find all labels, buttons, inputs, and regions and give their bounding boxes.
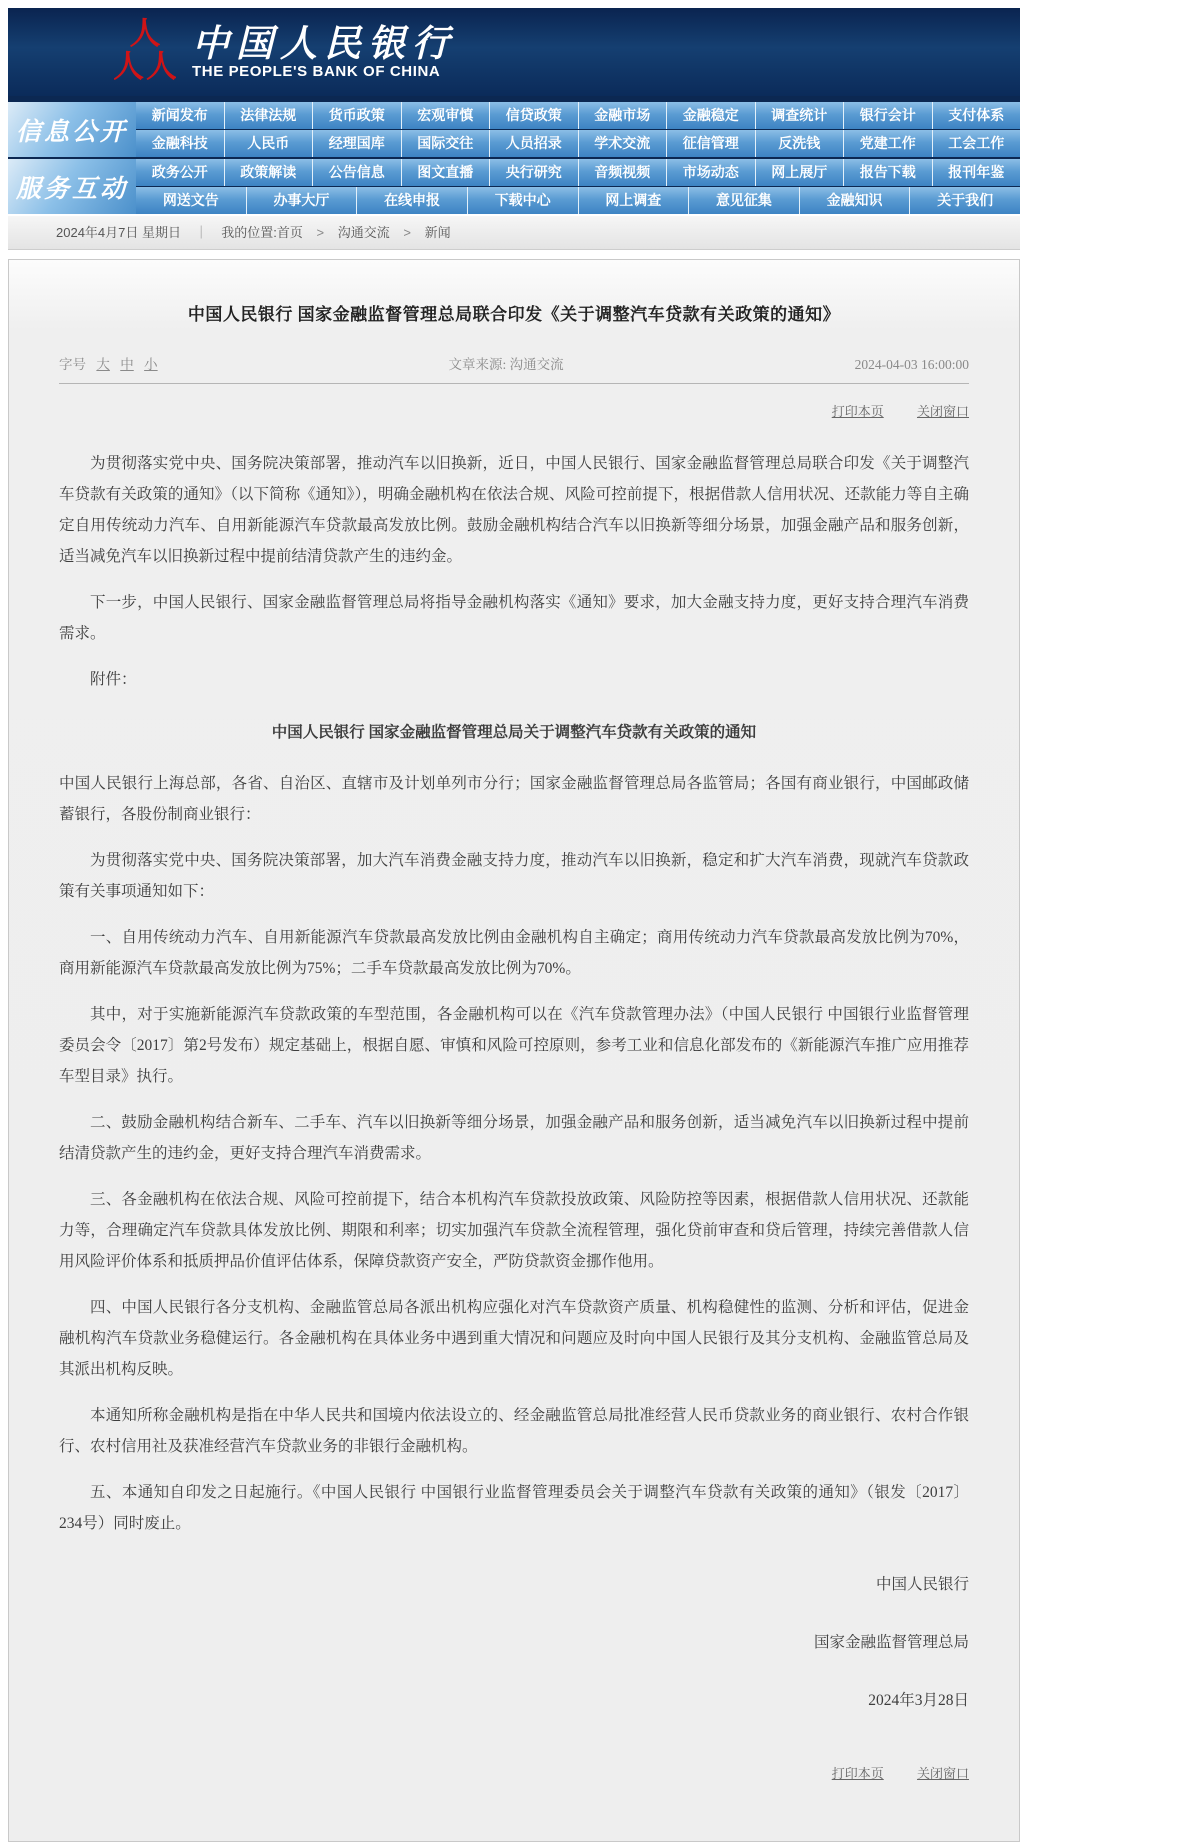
- nav-item[interactable]: 金融知识: [800, 187, 911, 214]
- article-source: 文章来源: 沟通交流: [449, 353, 564, 373]
- nav-item[interactable]: 关于我们: [910, 187, 1020, 214]
- nav-item[interactable]: 央行研究: [490, 159, 579, 186]
- nav-item[interactable]: 网上展厅: [756, 159, 845, 186]
- article-card: 中国人民银行 国家金融监督管理总局联合印发《关于调整汽车贷款有关政策的通知》 字…: [8, 259, 1020, 1842]
- nav-item[interactable]: 支付体系: [933, 102, 1021, 129]
- breadcrumb: 2024年4月7日 星期日 ｜ 我的位置:首页 > 沟通交流 > 新闻: [8, 216, 1020, 250]
- nav-item[interactable]: 音频视频: [579, 159, 668, 186]
- nav-section-label-services: 服务互动: [8, 159, 136, 214]
- nav-item[interactable]: 银行会计: [844, 102, 933, 129]
- nav-item[interactable]: 工会工作: [933, 130, 1021, 157]
- article-actions-bottom: 打印本页 关闭窗口: [59, 1758, 969, 1789]
- font-size-medium-button[interactable]: 中: [120, 357, 134, 372]
- nav-section-services: 服务互动 政务公开 政策解读 公告信息 图文直播 央行研究 音频视频 市场动态 …: [8, 159, 1020, 214]
- signature-org-nfra: 国家金融监督管理总局: [59, 1627, 969, 1658]
- breadcrumb-home-link[interactable]: 我的位置:首页: [221, 225, 303, 240]
- nav-item[interactable]: 货币政策: [313, 102, 402, 129]
- nav-item[interactable]: 学术交流: [579, 130, 668, 157]
- notice-paragraph: 一、自用传统动力汽车、自用新能源汽车贷款最高发放比例由金融机构自主确定；商用传统…: [59, 922, 969, 984]
- signature-block: 中国人民银行 国家金融监督管理总局 2024年3月28日: [59, 1569, 969, 1716]
- nav-item[interactable]: 公告信息: [313, 159, 402, 186]
- nav-item[interactable]: 办事大厅: [247, 187, 358, 214]
- font-size-control: 字号 大 中 小: [59, 353, 158, 373]
- nav-item[interactable]: 征信管理: [667, 130, 756, 157]
- notice-paragraph: 四、中国人民银行各分支机构、金融监管总局各派出机构应强化对汽车贷款资产质量、机构…: [59, 1292, 969, 1385]
- article-actions-top: 打印本页 关闭窗口: [59, 401, 969, 420]
- nav-item[interactable]: 宏观审慎: [402, 102, 491, 129]
- nav-item[interactable]: 报刊年鉴: [933, 159, 1021, 186]
- nav-item[interactable]: 国际交往: [402, 130, 491, 157]
- nav-item[interactable]: 反洗钱: [756, 130, 845, 157]
- nav-item[interactable]: 政策解读: [225, 159, 314, 186]
- breadcrumb-link-communication[interactable]: 沟通交流: [338, 225, 390, 240]
- nav-section-label-info: 信息公开: [8, 102, 136, 157]
- nav-item[interactable]: 网送文告: [136, 187, 247, 214]
- nav-section-info-disclosure: 信息公开 新闻发布 法律法规 货币政策 宏观审慎 信贷政策 金融市场 金融稳定 …: [8, 102, 1020, 157]
- nav-item[interactable]: 经理国库: [313, 130, 402, 157]
- article-paragraph: 下一步，中国人民银行、国家金融监督管理总局将指导金融机构落实《通知》要求，加大金…: [59, 587, 969, 649]
- nav-item[interactable]: 调查统计: [756, 102, 845, 129]
- breadcrumb-divider: ｜: [195, 225, 208, 240]
- page-title: 中国人民银行 国家金融监督管理总局联合印发《关于调整汽车贷款有关政策的通知》: [59, 300, 969, 325]
- svg-text:人: 人: [130, 17, 161, 52]
- notice-paragraph: 为贯彻落实党中央、国务院决策部署，加大汽车消费金融支持力度，推动汽车以旧换新，稳…: [59, 845, 969, 907]
- notice-paragraph: 三、各金融机构在依法合规、风险可控前提下，结合本机构汽车贷款投放政策、风险防控等…: [59, 1184, 969, 1277]
- attachment-label: 附件：: [59, 664, 969, 695]
- signature-org-pboc: 中国人民银行: [59, 1569, 969, 1600]
- notice-paragraph: 本通知所称金融机构是指在中华人民共和国境内依法设立的、经金融监管总局批准经营人民…: [59, 1400, 969, 1462]
- svg-text:人: 人: [146, 49, 176, 83]
- nav-item[interactable]: 图文直播: [402, 159, 491, 186]
- nav-item[interactable]: 新闻发布: [136, 102, 225, 129]
- nav-item[interactable]: 报告下载: [844, 159, 933, 186]
- breadcrumb-separator: >: [403, 225, 411, 240]
- main-navigation: 信息公开 新闻发布 法律法规 货币政策 宏观审慎 信贷政策 金融市场 金融稳定 …: [8, 96, 1020, 214]
- article-datetime: 2024-04-03 16:00:00: [855, 357, 969, 373]
- nav-item[interactable]: 金融市场: [579, 102, 668, 129]
- nav-item[interactable]: 党建工作: [844, 130, 933, 157]
- font-size-large-button[interactable]: 大: [96, 357, 110, 372]
- page-container: 人 人 人 中国人民银行 THE PEOPLE'S BANK OF CHINA …: [8, 8, 1020, 1842]
- nav-item[interactable]: 意见征集: [689, 187, 800, 214]
- nav-item[interactable]: 人民币: [225, 130, 314, 157]
- nav-item[interactable]: 法律法规: [225, 102, 314, 129]
- nav-item[interactable]: 在线申报: [357, 187, 468, 214]
- print-page-button[interactable]: 打印本页: [832, 1766, 884, 1781]
- nav-item[interactable]: 人员招录: [490, 130, 579, 157]
- notice-paragraph: 其中，对于实施新能源汽车贷款政策的车型范围，各金融机构可以在《汽车贷款管理办法》…: [59, 999, 969, 1092]
- nav-item[interactable]: 金融稳定: [667, 102, 756, 129]
- svg-text:人: 人: [114, 49, 144, 83]
- current-date: 2024年4月7日 星期日: [56, 225, 181, 240]
- nav-item[interactable]: 网上调查: [579, 187, 690, 214]
- site-banner: 人 人 人 中国人民银行 THE PEOPLE'S BANK OF CHINA: [8, 8, 1020, 96]
- font-size-label: 字号: [59, 357, 86, 372]
- article-paragraph: 为贯彻落实党中央、国务院决策部署，推动汽车以旧换新，近日，中国人民银行、国家金融…: [59, 448, 969, 572]
- print-page-button[interactable]: 打印本页: [832, 404, 884, 419]
- nav-item[interactable]: 金融科技: [136, 130, 225, 157]
- nav-item[interactable]: 下载中心: [468, 187, 579, 214]
- notice-subtitle: 中国人民银行 国家金融监督管理总局关于调整汽车贷款有关政策的通知: [59, 717, 969, 748]
- font-size-small-button[interactable]: 小: [144, 357, 158, 372]
- pboc-logo-icon: 人 人 人: [114, 17, 176, 88]
- notice-paragraph: 五、本通知自印发之日起施行。《中国人民银行 中国银行业监督管理委员会关于调整汽车…: [59, 1477, 969, 1539]
- bank-name-cn: 中国人民银行: [192, 24, 456, 63]
- article-body: 为贯彻落实党中央、国务院决策部署，推动汽车以旧换新，近日，中国人民银行、国家金融…: [59, 448, 969, 1789]
- bank-name-block: 中国人民银行 THE PEOPLE'S BANK OF CHINA: [192, 24, 456, 80]
- breadcrumb-separator: >: [317, 225, 325, 240]
- signature-date: 2024年3月28日: [59, 1685, 969, 1716]
- nav-item[interactable]: 信贷政策: [490, 102, 579, 129]
- nav-item[interactable]: 市场动态: [667, 159, 756, 186]
- notice-paragraph: 二、鼓励金融机构结合新车、二手车、汽车以旧换新等细分场景，加强金融产品和服务创新…: [59, 1107, 969, 1169]
- breadcrumb-link-news[interactable]: 新闻: [425, 225, 451, 240]
- bank-name-en: THE PEOPLE'S BANK OF CHINA: [192, 63, 456, 80]
- bank-logo-block: 人 人 人 中国人民银行 THE PEOPLE'S BANK OF CHINA: [114, 17, 456, 88]
- article-meta: 字号 大 中 小 文章来源: 沟通交流 2024-04-03 16:00:00: [59, 353, 969, 384]
- close-window-button[interactable]: 关闭窗口: [917, 404, 969, 419]
- notice-addressee: 中国人民银行上海总部，各省、自治区、直辖市及计划单列市分行；国家金融监督管理总局…: [59, 768, 969, 830]
- close-window-button[interactable]: 关闭窗口: [917, 1766, 969, 1781]
- nav-item[interactable]: 政务公开: [136, 159, 225, 186]
